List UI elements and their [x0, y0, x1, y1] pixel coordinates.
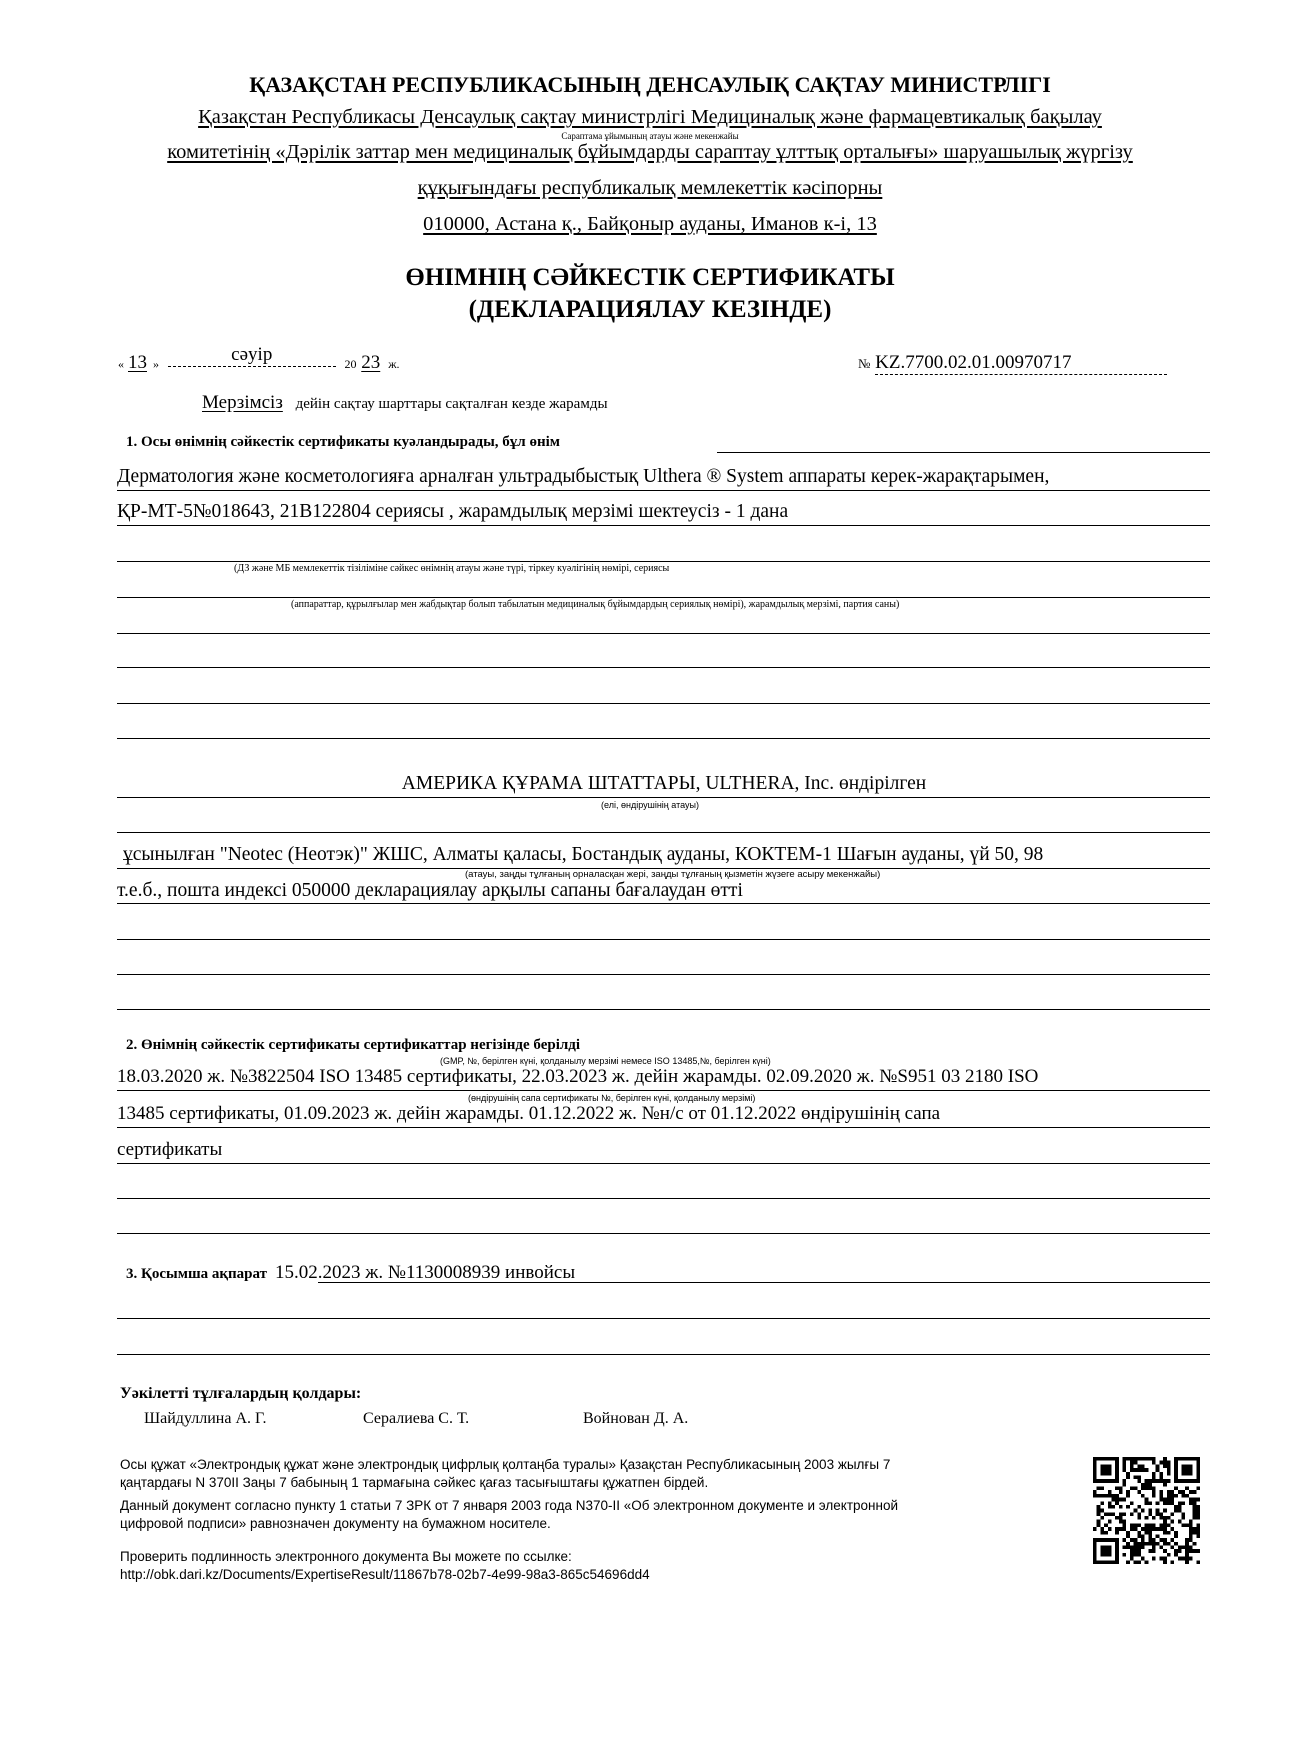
- rule: [117, 832, 1210, 833]
- manufacturer-hint: (елі, өндірушінің атауы): [0, 800, 1300, 810]
- section-3-heading: 3. Қосымша ақпарат: [126, 1266, 267, 1282]
- org-address: 010000, Астана қ., Байқоныр ауданы, Иман…: [423, 213, 877, 235]
- rule: [117, 1009, 1210, 1010]
- section-2-line-1: 18.03.2020 ж. №3822504 ISO 13485 сертифи…: [117, 1066, 1038, 1088]
- certificate-title: ӨНІМНІҢ СӘЙКЕСТІК СЕРТИФИКАТЫ (ДЕКЛАРАЦИ…: [0, 262, 1300, 326]
- issue-year: 23: [361, 352, 388, 373]
- verification: Проверить подлинность электронного докум…: [120, 1548, 1080, 1584]
- section-2-hint-1: (GMP, №, берілген күні, қолданылу мерзім…: [440, 1056, 771, 1066]
- product-line-2: ҚР-МТ-5№018643, 21B122804 сериясы , жара…: [117, 501, 788, 523]
- signatory-3: Войнован Д. А.: [583, 1410, 688, 1428]
- rule: [117, 939, 1210, 940]
- verification-label: Проверить подлинность электронного докум…: [120, 1548, 1080, 1566]
- section-2-hint-2: (өндірушінің сапа сертификаты №, берілге…: [468, 1093, 755, 1103]
- product-hint-1: (ДЗ және МБ мемлекеттік тізіліміне сәйке…: [234, 563, 669, 574]
- section-1-heading: 1. Осы өнімнің сәйкестік сертификаты куә…: [126, 434, 560, 451]
- product-line-1: Дерматология және косметологияға арналға…: [117, 466, 1049, 488]
- certificate-number: № KZ.7700.02.01.00970717: [858, 352, 1167, 375]
- legal-notice-kz: Осы құжат «Электрондық құжат және электр…: [120, 1456, 1080, 1492]
- ministry-heading: ҚАЗАҚСТАН РЕСПУБЛИКАСЫНЫҢ ДЕНСАУЛЫҚ САҚТ…: [0, 72, 1300, 98]
- signatures-heading: Уәкілетті тұлғалардың қолдары:: [120, 1385, 361, 1403]
- validity: Мерзімсіз дейін сақтау шарттары сақталға…: [190, 392, 608, 414]
- rule: [117, 1163, 1210, 1164]
- certificate-number-value: KZ.7700.02.01.00970717: [875, 352, 1167, 375]
- rule: [117, 597, 1210, 598]
- rule: [117, 1318, 1210, 1319]
- rule: [117, 738, 1210, 739]
- rule: [717, 452, 1210, 453]
- rule: [117, 1090, 1210, 1091]
- rule: [117, 797, 1210, 798]
- applicant-line-1: ұсынылған "Neotec (Неотэк)" ЖШС, Алматы …: [123, 844, 1043, 866]
- rule: [117, 1127, 1210, 1128]
- certificate-title-line-1: ӨНІМНІҢ СӘЙКЕСТІК СЕРТИФИКАТЫ: [0, 262, 1300, 294]
- issue-day: 13: [124, 352, 153, 373]
- verification-link[interactable]: http://obk.dari.kz/Documents/ExpertiseRe…: [120, 1566, 1080, 1584]
- org-line-1: Қазақстан Республикасы Денсаулық сақтау …: [198, 106, 1102, 128]
- certificate-title-line-2: (ДЕКЛАРАЦИЯЛАУ КЕЗІНДЕ): [0, 294, 1300, 326]
- section-3: 3. Қосымша ақпарат15.02.2023 ж. №1130008…: [126, 1262, 575, 1284]
- org-line-2: комитетінің «Дәрілік заттар мен медицина…: [167, 141, 1133, 163]
- section-3-value: 15.02.2023 ж. №1130008939 инвойсы: [275, 1262, 575, 1283]
- qr-code-icon: [1093, 1457, 1200, 1564]
- rule: [117, 1198, 1210, 1199]
- signatory-1: Шайдуллина А. Г.: [144, 1410, 266, 1428]
- section-2-line-2: 13485 сертификаты, 01.09.2023 ж. дейін ж…: [117, 1103, 940, 1125]
- rule: [117, 903, 1210, 904]
- validity-text: дейін сақтау шарттары сақталған кезде жа…: [296, 396, 608, 412]
- rule: [117, 1233, 1210, 1234]
- legal-notice-ru: Данный документ согласно пункту 1 статьи…: [120, 1497, 1080, 1533]
- rule: [117, 561, 1210, 562]
- issue-date: «13» сәуір 20 23ж.: [118, 352, 400, 375]
- section-2-heading: 2. Өнімнің сәйкестік сертификаты сертифи…: [126, 1037, 580, 1054]
- rule: [117, 1354, 1210, 1355]
- validity-value: Мерзімсіз: [190, 392, 291, 413]
- rule: [117, 667, 1210, 668]
- rule: [117, 633, 1210, 634]
- applicant-line-2: т.е.б., пошта индексі 050000 декларациял…: [117, 880, 743, 902]
- rule: [117, 525, 1210, 526]
- applicant-hint: (атауы, заңды тұлғаның орналасқан жері, …: [465, 869, 880, 880]
- product-hint-2: (аппараттар, құрылғылар мен жабдықтар бо…: [291, 599, 899, 610]
- rule: [117, 974, 1210, 975]
- signatory-2: Сералиева С. Т.: [363, 1410, 469, 1428]
- rule: [117, 490, 1210, 491]
- section-2-line-3: сертификаты: [117, 1139, 222, 1161]
- issue-month: сәуір: [168, 344, 336, 367]
- rule: [318, 1282, 1210, 1283]
- rule: [117, 703, 1210, 704]
- org-hint: Сараптама ұйымының атауы және мекенжайы: [0, 131, 1300, 141]
- manufacturer: АМЕРИКА ҚҰРАМА ШТАТТАРЫ, ULTHERA, Inc. ө…: [402, 773, 926, 794]
- org-line-3: құқығындағы республикалық мемлекеттік кә…: [418, 177, 883, 199]
